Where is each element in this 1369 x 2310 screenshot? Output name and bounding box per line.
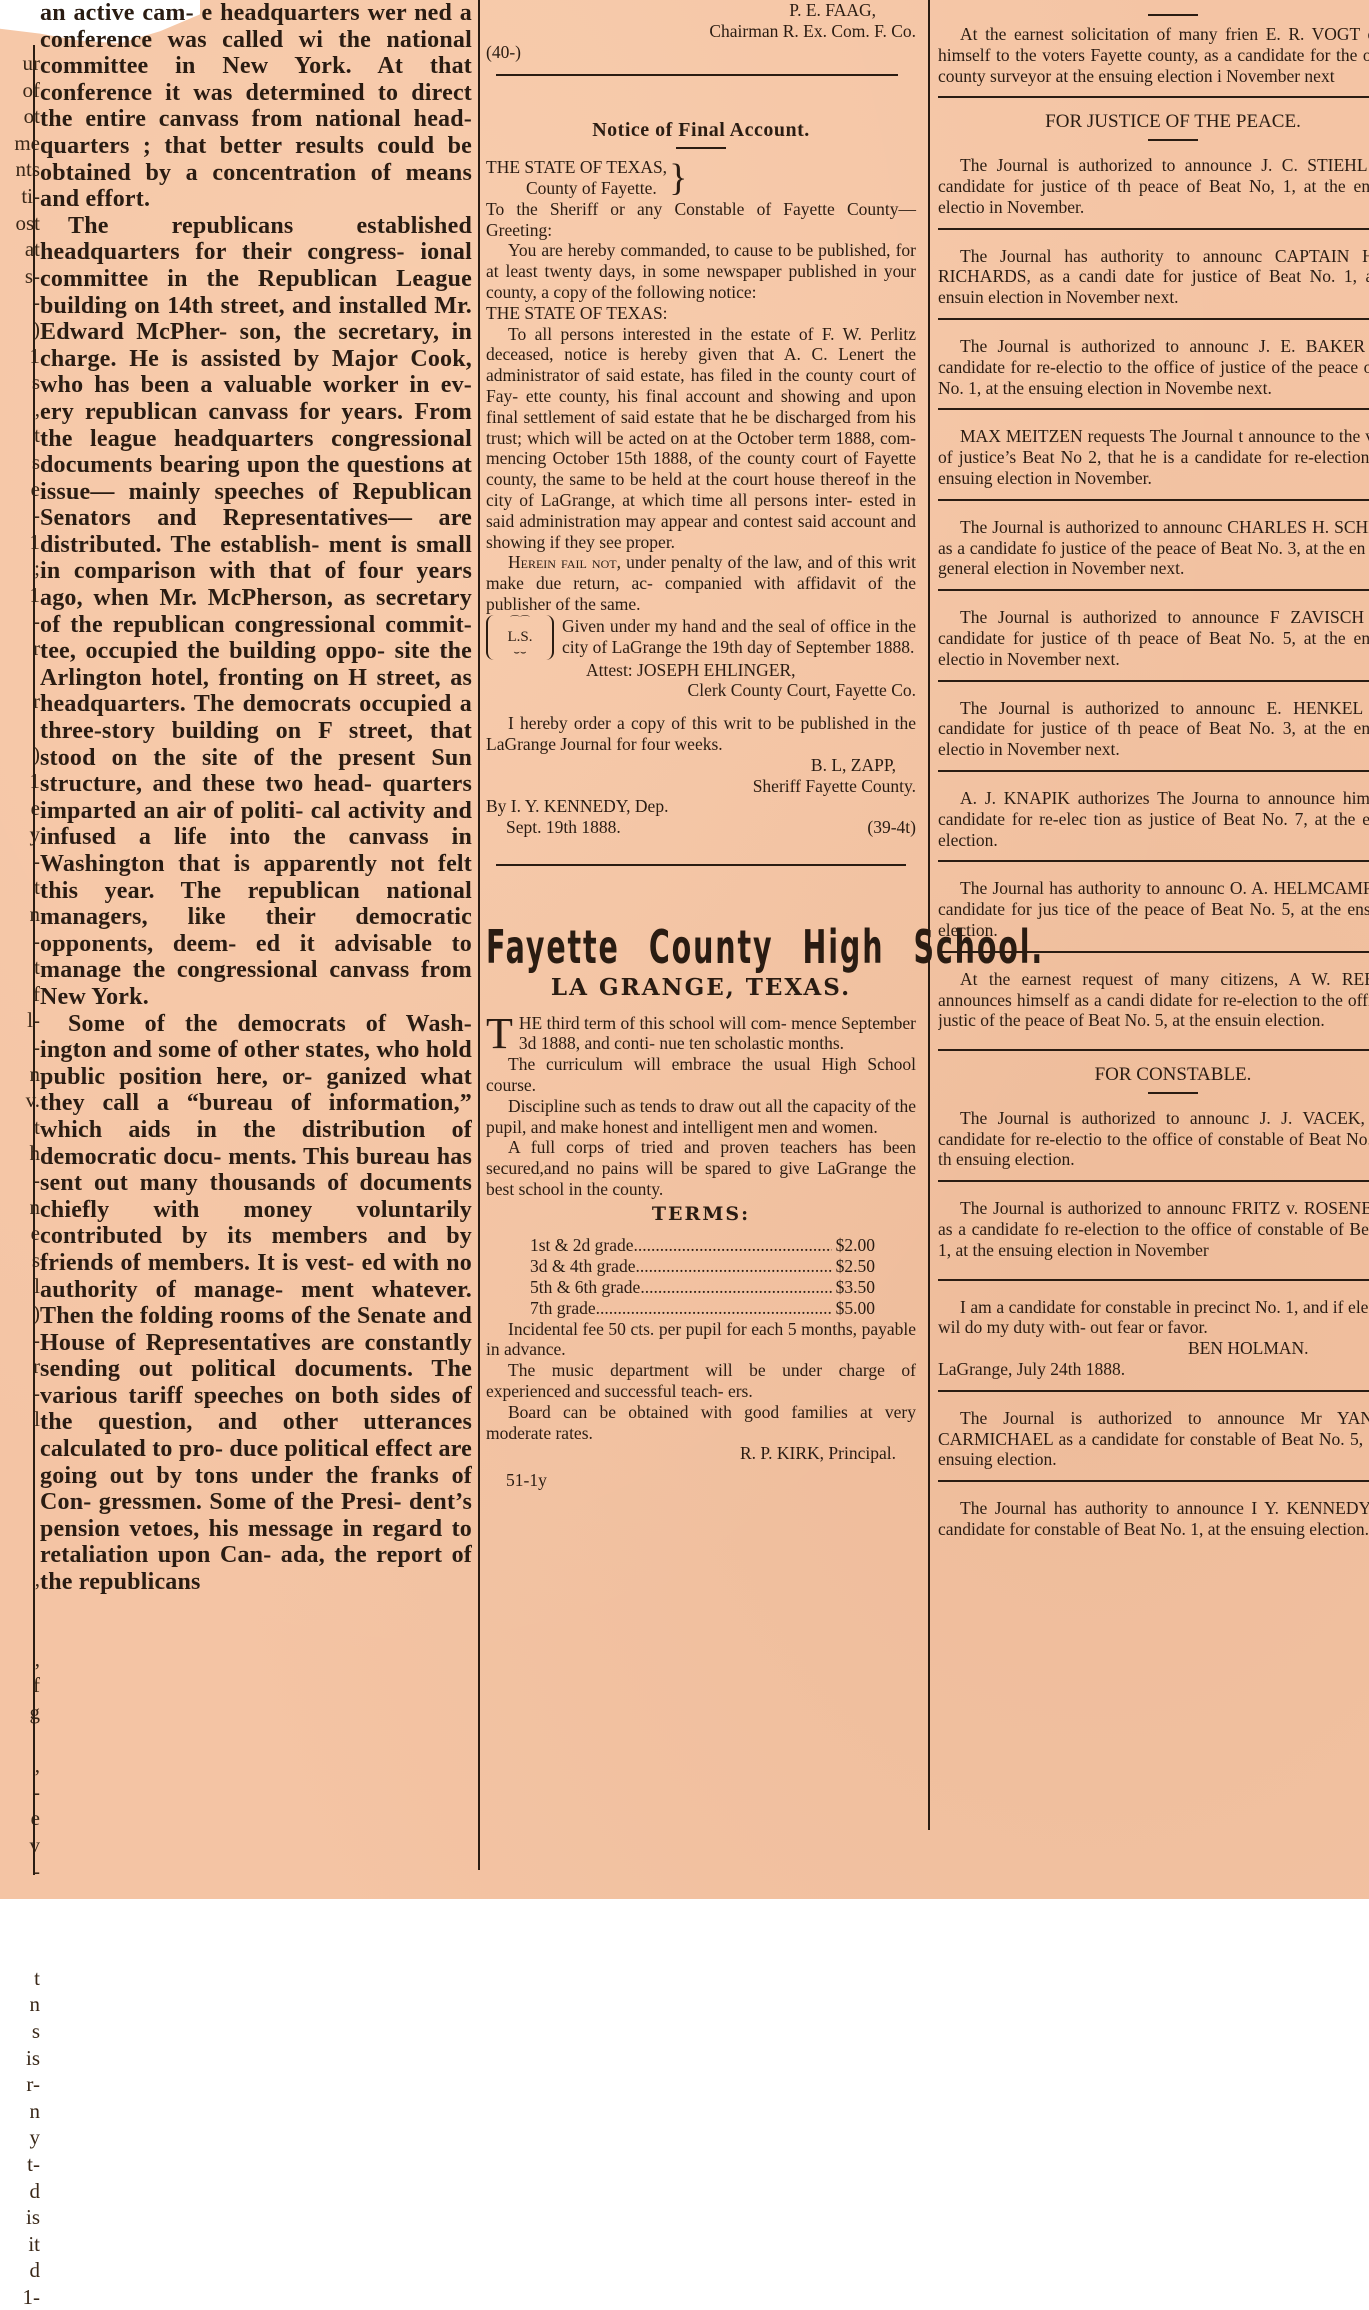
leader-dots bbox=[640, 1277, 831, 1298]
announcement-item: The Journal is authorized to announc J. … bbox=[938, 1102, 1369, 1170]
divider bbox=[938, 951, 1369, 953]
school-paragraph: A full corps of tried and proven teacher… bbox=[486, 1137, 916, 1199]
notice-body: To all persons interested in the estate … bbox=[486, 324, 916, 553]
seal-icon: ⌒⌒ L.S. ⌣⌣ bbox=[486, 615, 554, 660]
grade-label: 7th grade bbox=[530, 1298, 596, 1319]
article-paragraph: Some of the democrats of Wash- ington an… bbox=[40, 1011, 472, 1596]
greeting: To the Sheriff or any Constable of Fayet… bbox=[486, 199, 916, 241]
school-paragraph: The curriculum will embrace the usual Hi… bbox=[486, 1054, 916, 1096]
divider bbox=[938, 1279, 1369, 1281]
column-rule bbox=[928, 0, 930, 1830]
announcement-date: LaGrange, July 24th 1888. bbox=[938, 1359, 1369, 1380]
announcement-item: The Journal is authorized to announce F … bbox=[938, 601, 1369, 669]
principal-signature: R. P. KIRK, Principal. bbox=[486, 1443, 916, 1464]
drop-cap: T bbox=[486, 1015, 513, 1053]
school-paragraph: Discipline such as tends to draw out all… bbox=[486, 1096, 916, 1138]
announcement-name: BEN HOLMAN. bbox=[938, 1338, 1369, 1359]
announcement-item: The Journal is authorized to announc CHA… bbox=[938, 511, 1369, 579]
terms-row: 5th & 6th grade$3.50 bbox=[530, 1277, 875, 1298]
given-under-hand: Given under my hand and the seal of offi… bbox=[562, 616, 916, 658]
attest: Attest: JOSEPH EHLINGER, bbox=[486, 660, 916, 681]
school-paragraph: Incidental fee 50 cts. per pupil for eac… bbox=[486, 1319, 916, 1361]
announcement-item: The Journal is authorized to announce J.… bbox=[938, 149, 1369, 217]
leader-dots bbox=[635, 1256, 831, 1277]
grade-label: 1st & 2d grade bbox=[530, 1235, 634, 1256]
school-subtitle: LA GRANGE, TEXAS. bbox=[486, 978, 916, 999]
school-paragraph: The music department will be under charg… bbox=[486, 1360, 916, 1402]
newspaper-clipping: urofotmentsti-ostats--)1s,tse-1;1-r r )1… bbox=[0, 0, 1369, 1899]
order-text: I hereby order a copy of this writ to be… bbox=[486, 713, 916, 755]
divider bbox=[938, 589, 1369, 591]
divider bbox=[938, 770, 1369, 772]
announcement-item: The Journal is authorized to announc J. … bbox=[938, 330, 1369, 398]
announcement-text: I am a candidate for constable in precin… bbox=[938, 1297, 1369, 1339]
announcement-item: The Journal is authorized to announce Mr… bbox=[938, 1402, 1369, 1470]
announcement-item: The Journal is authorized to announc FRI… bbox=[938, 1192, 1369, 1260]
signature-name: P. E. FAAG, bbox=[486, 0, 916, 21]
announcement-holman: I am a candidate for constable in precin… bbox=[938, 1291, 1369, 1380]
announcement-item: The Journal has authority to announce I … bbox=[938, 1492, 1369, 1540]
article-political-headquarters: an active cam- e headquarters wer ned a … bbox=[40, 0, 472, 1596]
divider bbox=[496, 864, 906, 866]
grade-price: $2.50 bbox=[832, 1256, 875, 1277]
announcement-item: The Journal is authorized to announc E. … bbox=[938, 692, 1369, 760]
grade-price: $3.50 bbox=[832, 1277, 875, 1298]
article-paragraph: an active cam- e headquarters wer ned a … bbox=[40, 0, 472, 213]
announcement-item: The Journal has authority to announc O. … bbox=[938, 872, 1369, 940]
announcement-item: The Journal has authority to announc CAP… bbox=[938, 240, 1369, 308]
deputy: By I. Y. KENNEDY, Dep. bbox=[486, 796, 916, 817]
legal-notices-column: P. E. FAAG, Chairman R. Ex. Com. F. Co. … bbox=[486, 0, 916, 1491]
justice-announcements: The Journal is authorized to announce J.… bbox=[938, 149, 1369, 1031]
divider bbox=[938, 318, 1369, 320]
sheriff-title: Sheriff Fayette County. bbox=[486, 776, 916, 797]
notice-code: (39-4t) bbox=[867, 817, 916, 838]
candidate-announcements-column: At the earnest solicitation of many frie… bbox=[938, 0, 1369, 1540]
divider bbox=[938, 228, 1369, 230]
divider bbox=[938, 680, 1369, 682]
ad-code: 51-1y bbox=[486, 1470, 916, 1491]
command: You are hereby commanded, to cause to be… bbox=[486, 240, 916, 302]
school-advertisement: Fayette County High School. LA GRANGE, T… bbox=[486, 920, 916, 1491]
herein-lead: Herein fail not, bbox=[508, 552, 621, 572]
seal-block: ⌒⌒ L.S. ⌣⌣ Given under my hand and the s… bbox=[486, 615, 916, 660]
notice-final-account: Notice of Final Account. THE STATE OF TE… bbox=[486, 120, 916, 866]
terms-heading: TERMS: bbox=[486, 1204, 916, 1225]
fragment-text bbox=[0, 1885, 40, 1899]
grade-price: $2.00 bbox=[832, 1235, 875, 1256]
notice-heading: Notice of Final Account. bbox=[486, 120, 916, 141]
column-rule bbox=[478, 0, 480, 1870]
divider bbox=[938, 1180, 1369, 1182]
state-line: THE STATE OF TEXAS, bbox=[486, 157, 667, 178]
herein-clause: Herein fail not, under penalty of the la… bbox=[486, 552, 916, 614]
county-line: County of Fayette. bbox=[486, 178, 667, 199]
divider bbox=[938, 1480, 1369, 1482]
announcement-surveyor: At the earnest solicitation of many frie… bbox=[938, 24, 1369, 86]
divider bbox=[496, 74, 898, 76]
state-line-2: THE STATE OF TEXAS: bbox=[486, 303, 916, 324]
grade-label: 3d & 4th grade bbox=[530, 1256, 635, 1277]
divider bbox=[938, 860, 1369, 862]
announcement-item: MAX MEITZEN requests The Journal t annou… bbox=[938, 420, 1369, 488]
attest-title: Clerk County Court, Fayette Co. bbox=[486, 680, 916, 701]
brace-icon: } bbox=[669, 159, 687, 197]
divider bbox=[938, 499, 1369, 501]
constable-announcements-more: The Journal is authorized to announce Mr… bbox=[938, 1390, 1369, 1540]
announcement-item: A. J. KNAPIK authorizes The Journa to an… bbox=[938, 782, 1369, 850]
divider bbox=[1148, 1092, 1198, 1094]
divider bbox=[938, 408, 1369, 410]
school-paragraph: Board can be obtained with good families… bbox=[486, 1402, 916, 1444]
column-rule bbox=[33, 45, 35, 1875]
terms-row: 3d & 4th grade$2.50 bbox=[530, 1256, 875, 1277]
divider bbox=[676, 147, 726, 149]
section-heading-justice: FOR JUSTICE OF THE PEACE. bbox=[938, 112, 1369, 133]
divider bbox=[938, 96, 1369, 98]
signature-title: Chairman R. Ex. Com. F. Co. bbox=[486, 21, 916, 42]
constable-announcements: The Journal is authorized to announc J. … bbox=[938, 1102, 1369, 1261]
divider bbox=[1148, 139, 1198, 141]
sheriff-name: B. L, ZAPP, bbox=[486, 755, 916, 776]
notice-date: Sept. 19th 1888. bbox=[506, 817, 621, 838]
section-heading-constable: FOR CONSTABLE. bbox=[938, 1065, 1369, 1086]
terms-table: 1st & 2d grade$2.003d & 4th grade$2.505t… bbox=[486, 1235, 916, 1319]
terms-row: 1st & 2d grade$2.00 bbox=[530, 1235, 875, 1256]
article-paragraph: The republicans established headquarters… bbox=[40, 213, 472, 1011]
leader-dots bbox=[634, 1235, 832, 1256]
divider bbox=[1148, 14, 1198, 16]
leader-dots bbox=[596, 1298, 832, 1319]
school-title: Fayette County High School. bbox=[486, 920, 753, 974]
grade-price: $5.00 bbox=[832, 1298, 875, 1319]
divider bbox=[938, 1390, 1369, 1392]
terms-row: 7th grade$5.00 bbox=[530, 1298, 875, 1319]
school-paragraph: HE third term of this school will com- m… bbox=[519, 1013, 916, 1054]
announcement-item: At the earnest request of many citizens,… bbox=[938, 963, 1369, 1031]
notice-code: (40-) bbox=[486, 42, 916, 63]
divider bbox=[938, 1049, 1369, 1051]
seal-label: L.S. bbox=[488, 627, 552, 648]
grade-label: 5th & 6th grade bbox=[530, 1277, 640, 1298]
